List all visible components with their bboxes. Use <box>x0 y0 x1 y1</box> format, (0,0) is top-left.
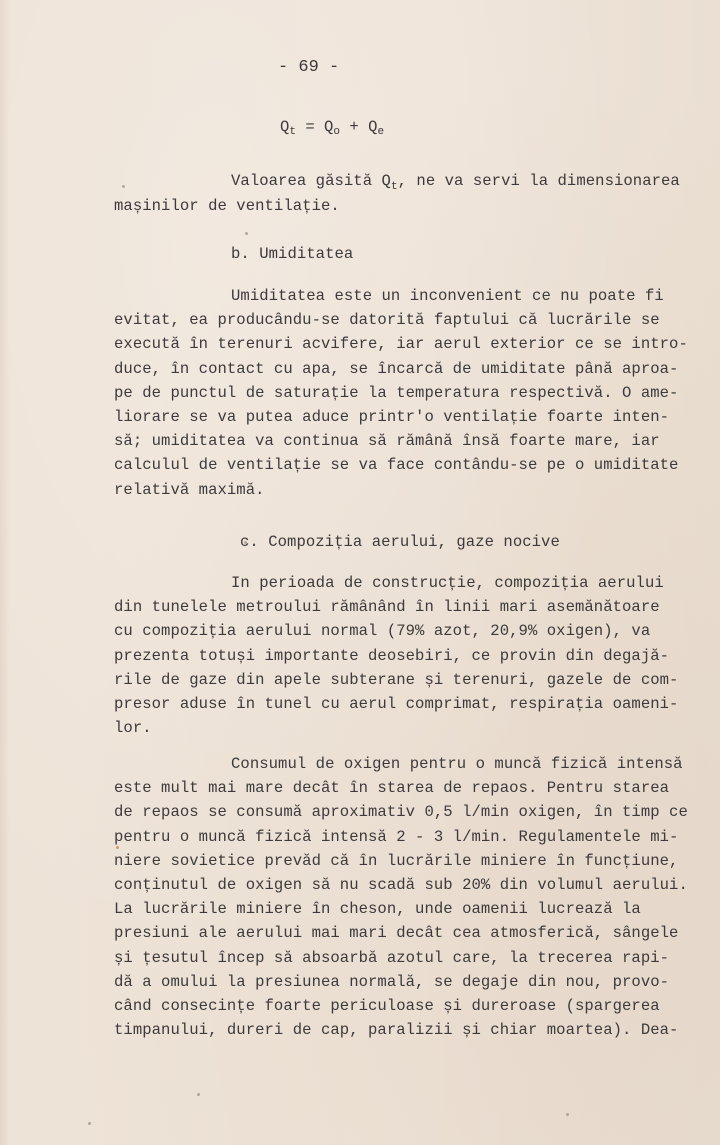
consumul-line: este mult mai mare decât în starea de re… <box>114 778 669 798</box>
umiditatea-line: relativă maximă. <box>114 480 265 500</box>
formula-total-airflow: Qt = Qo + Qe <box>280 118 384 138</box>
consumul-line: și țesutul încep să absoarbă azotul care… <box>114 948 669 968</box>
consumul-line: Consumul de oxigen pentru o muncă fizică… <box>231 754 683 774</box>
formula-term1: Q <box>324 118 333 136</box>
scan-speck <box>116 846 119 849</box>
section-b-heading: b. Umiditatea <box>231 244 353 264</box>
umiditatea-line: pe de punctul de saturație la temperatur… <box>114 383 678 403</box>
compozitia-line: In perioada de construcție, compoziția a… <box>231 573 664 593</box>
para1-subscript: t <box>391 181 398 193</box>
compozitia-line: presor aduse în tunel cu aerul comprimat… <box>114 694 678 714</box>
compozitia-line: lor. <box>114 718 152 738</box>
consumul-line: presiuni ale aerului mai mari decât cea … <box>114 923 678 943</box>
consumul-line: dă a omului la presiunea normală, se deg… <box>114 972 669 992</box>
umiditatea-line: duce, în contact cu apa, se încarcă de u… <box>114 359 678 379</box>
page-number: - 69 - <box>278 58 339 77</box>
umiditatea-line: calculul de ventilație se va face contân… <box>114 455 678 475</box>
compozitia-line: cu compoziția aerului normal (79% azot, … <box>114 621 650 641</box>
paragraph-1-line-1: Valoarea găsită Qt, ne va servi la dimen… <box>231 171 680 197</box>
para1-text-b: , ne va servi la dimensionarea <box>398 172 680 190</box>
scan-speck <box>122 185 125 188</box>
section-c-heading: c. Compoziția aerului, gaze nocive <box>240 532 560 552</box>
formula-lhs: Q <box>280 118 289 136</box>
consumul-line: de repaos se consumă aproximativ 0,5 l/m… <box>114 802 688 822</box>
compozitia-line: prezenta totuși importante deosebiri, ce… <box>114 646 669 666</box>
formula-equals: = <box>305 118 314 136</box>
formula-term2-subscript: e <box>377 126 384 138</box>
umiditatea-line: liorare se va putea aduce printr'o venti… <box>114 407 669 427</box>
umiditatea-line: să; umiditatea va continua să rămână îns… <box>114 431 660 451</box>
consumul-line: niere sovietice prevăd că în lucrările m… <box>114 851 678 871</box>
scan-speck <box>244 541 247 544</box>
umiditatea-line: execută în terenuri acvifere, iar aerul … <box>114 334 688 354</box>
scanned-page: - 69 - Qt = Qo + Qe Valoarea găsită Qt, … <box>0 0 720 1145</box>
consumul-line: La lucrările miniere în cheson, unde oam… <box>114 899 641 919</box>
scan-speck <box>197 1093 200 1096</box>
compozitia-line: rile de gaze din apele subterane și tere… <box>114 670 678 690</box>
formula-lhs-subscript: t <box>289 126 296 138</box>
paragraph-1-line-2: mașinilor de ventilație. <box>114 196 340 216</box>
scan-speck <box>245 232 248 235</box>
formula-plus: + <box>349 118 358 136</box>
scan-speck <box>88 1122 91 1125</box>
para1-text-a: Valoarea găsită Q <box>231 172 391 190</box>
compozitia-line: din tunelele metroului rămânând în linii… <box>114 597 660 617</box>
umiditatea-line: Umiditatea este un inconvenient ce nu po… <box>231 286 664 306</box>
consumul-line: timpanului, dureri de cap, paralizii și … <box>114 1020 678 1040</box>
consumul-line: pentru o muncă fizică intensă 2 - 3 l/mi… <box>114 827 678 847</box>
formula-term1-subscript: o <box>333 126 340 138</box>
consumul-line: când consecințe foarte periculoase și du… <box>114 996 660 1016</box>
umiditatea-line: evitat, ea producându-se datorită faptul… <box>114 310 660 330</box>
scan-speck <box>566 1113 569 1116</box>
consumul-line: conținutul de oxigen să nu scadă sub 20%… <box>114 875 688 895</box>
